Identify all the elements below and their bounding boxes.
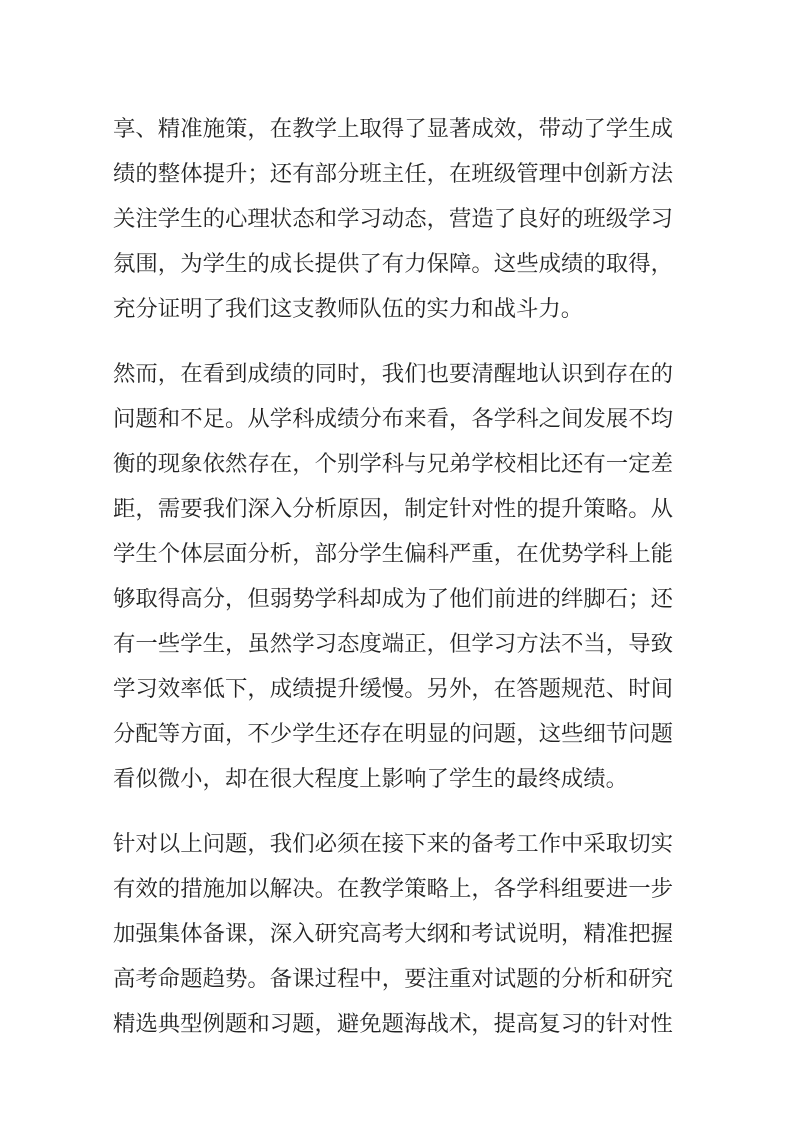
document-body: 享、精准施策，在教学上取得了显著成效，带动了学生成绩的整体提升；还有部分班主任，…	[113, 106, 674, 1046]
paragraph: 享、精准施策，在教学上取得了显著成效，带动了学生成绩的整体提升；还有部分班主任，…	[113, 106, 673, 331]
document-page: 享、精准施策，在教学上取得了显著成效，带动了学生成绩的整体提升；还有部分班主任，…	[0, 0, 793, 1122]
paragraph: 针对以上问题，我们必须在接下来的备考工作中采取切实有效的措施加以解决。在教学策略…	[113, 821, 673, 1046]
paragraph: 然而，在看到成绩的同时，我们也要清醒地认识到存在的问题和不足。从学科成绩分布来看…	[113, 351, 673, 801]
